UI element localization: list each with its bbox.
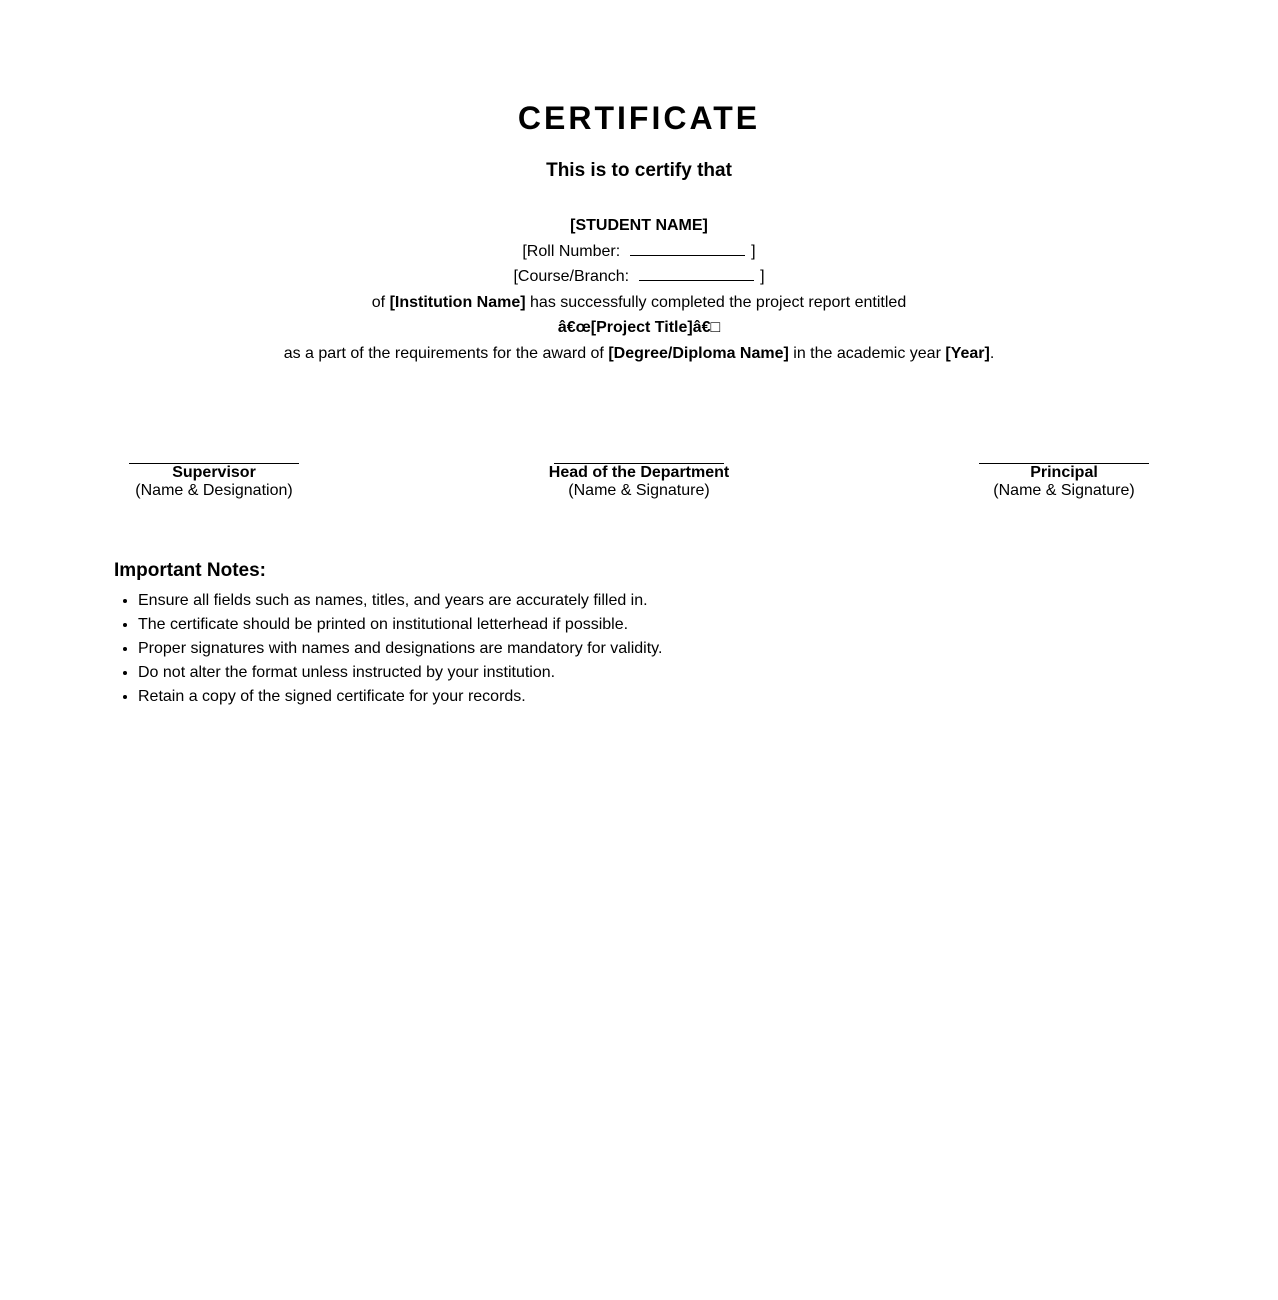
institution-line: of [Institution Name] has successfully c… <box>114 290 1164 316</box>
notes-heading: Important Notes: <box>114 559 1164 583</box>
course-branch-label: [Course/Branch: <box>513 268 629 285</box>
roll-number-close: ] <box>751 243 755 260</box>
signature-section: Supervisor (Name & Designation) Head of … <box>114 450 1164 510</box>
notes-list: Ensure all fields such as names, titles,… <box>114 589 1164 709</box>
signature-supervisor: Supervisor (Name & Designation) <box>114 450 314 500</box>
degree-name: [Degree/Diploma Name] <box>608 345 789 362</box>
institution-suffix: has successfully completed the project r… <box>526 294 907 311</box>
signature-role: Principal <box>964 464 1164 482</box>
signature-role: Head of the Department <box>539 464 739 482</box>
roll-number-label: [Roll Number: <box>522 243 620 260</box>
award-middle: in the academic year <box>789 345 946 362</box>
certify-subtitle: This is to certify that <box>114 159 1164 183</box>
institution-name: [Institution Name] <box>390 294 526 311</box>
signature-hod: Head of the Department (Name & Signature… <box>539 450 739 500</box>
course-branch-close: ] <box>760 268 764 285</box>
roll-number-blank <box>630 241 745 256</box>
award-prefix: as a part of the requirements for the aw… <box>284 345 609 362</box>
roll-number-line: [Roll Number:] <box>114 239 1164 265</box>
certificate-title: CERTIFICATE <box>114 98 1164 138</box>
signature-detail: (Name & Signature) <box>539 482 739 500</box>
certificate-body: [STUDENT NAME] [Roll Number:] [Course/Br… <box>114 213 1164 366</box>
signature-detail: (Name & Designation) <box>114 482 314 500</box>
award-suffix: . <box>990 345 994 362</box>
signature-principal: Principal (Name & Signature) <box>964 450 1164 500</box>
note-item: The certificate should be printed on ins… <box>138 613 1164 637</box>
note-item: Ensure all fields such as names, titles,… <box>138 589 1164 613</box>
academic-year: [Year] <box>945 345 989 362</box>
important-notes: Important Notes: Ensure all fields such … <box>114 559 1164 709</box>
course-branch-line: [Course/Branch:] <box>114 264 1164 290</box>
note-item: Do not alter the format unless instructe… <box>138 661 1164 685</box>
award-line: as a part of the requirements for the aw… <box>114 341 1164 367</box>
signature-role: Supervisor <box>114 464 314 482</box>
project-title: â€œ[Project Title]â€□ <box>114 315 1164 341</box>
student-name: [STUDENT NAME] <box>114 213 1164 239</box>
signature-detail: (Name & Signature) <box>964 482 1164 500</box>
note-item: Proper signatures with names and designa… <box>138 637 1164 661</box>
course-branch-blank <box>639 266 754 281</box>
note-item: Retain a copy of the signed certificate … <box>138 685 1164 709</box>
institution-prefix: of <box>372 294 390 311</box>
